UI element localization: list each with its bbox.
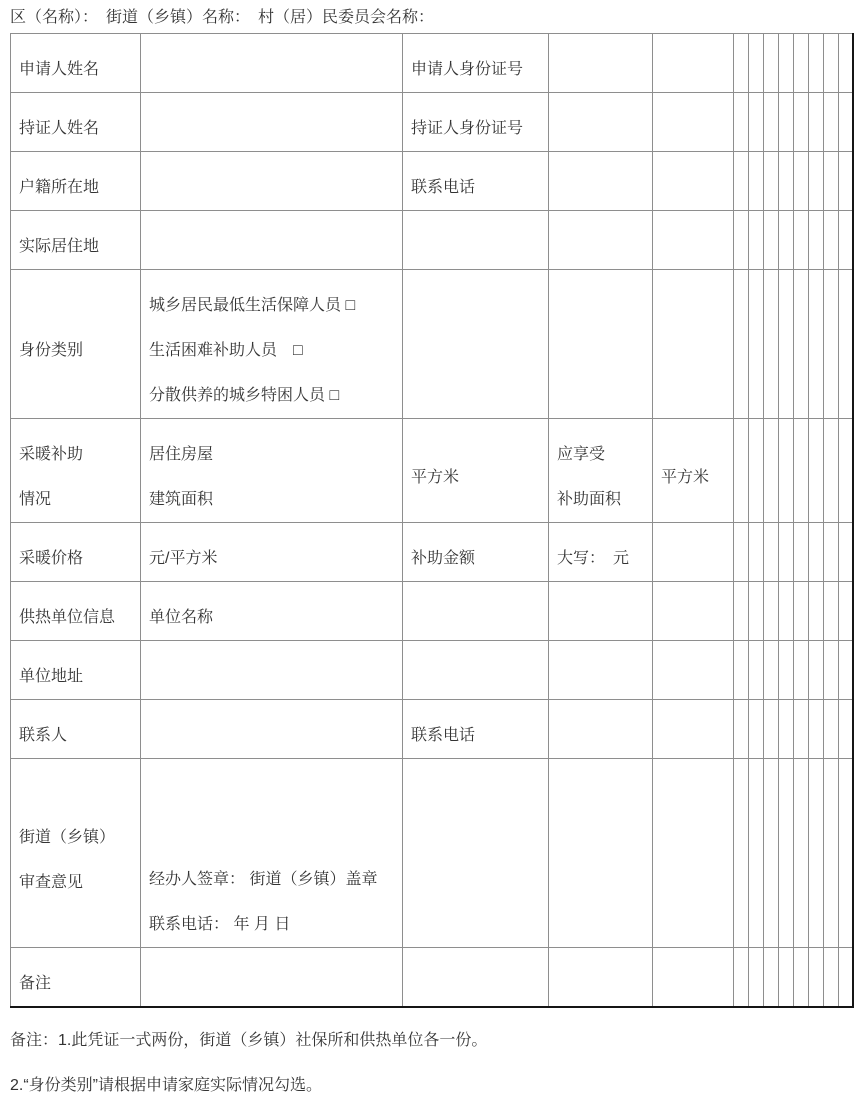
grid-cell	[824, 523, 839, 582]
cell-text: 补助面积	[557, 477, 648, 522]
grid-cell	[749, 152, 764, 211]
grid-cell	[779, 152, 794, 211]
heating-subsidy-label-cell: 采暖补助 情况	[11, 419, 141, 523]
grid-cell	[779, 419, 794, 523]
review-signature-cell: 经办人签章： 街道（乡镇）盖章 联系电话： 年 月 日	[141, 759, 403, 948]
household-phone-field-cell	[549, 152, 653, 211]
grid-cell	[764, 641, 779, 700]
grid-cell	[764, 948, 779, 1008]
empty-cell	[653, 270, 734, 419]
grid-cell	[794, 93, 809, 152]
empty-cell	[653, 211, 734, 270]
cell-text: 供热单位信息	[19, 595, 136, 640]
subsidy-amount-label-cell: 补助金额	[403, 523, 549, 582]
empty-cell	[653, 759, 734, 948]
grid-cell	[734, 948, 749, 1008]
grid-cell	[764, 582, 779, 641]
grid-cell	[794, 641, 809, 700]
entitled-area-label-cell: 应享受 补助面积	[549, 419, 653, 523]
review-opinion-label-cell: 街道（乡镇） 审查意见	[11, 759, 141, 948]
row-heating-unit-info: 供热单位信息 单位名称	[11, 582, 853, 641]
grid-cell	[839, 700, 853, 759]
grid-cell	[824, 759, 839, 948]
row-heating-price: 采暖价格 元/平方米 补助金额 大写： 元	[11, 523, 853, 582]
grid-cell	[839, 523, 853, 582]
grid-cell	[794, 34, 809, 93]
unit-address-label-cell: 单位地址	[11, 641, 141, 700]
row-contact-person: 联系人 联系电话	[11, 700, 853, 759]
empty-cell	[653, 523, 734, 582]
cell-text: 采暖价格	[19, 536, 136, 581]
grid-cell	[764, 34, 779, 93]
cell-text: 居住房屋	[149, 432, 398, 477]
contact-person-field-cell	[141, 700, 403, 759]
empty-cell	[403, 211, 549, 270]
grid-cell	[734, 759, 749, 948]
building-area-label-cell: 居住房屋 建筑面积	[141, 419, 403, 523]
grid-cell	[779, 34, 794, 93]
empty-cell	[653, 93, 734, 152]
contact-phone-field-cell	[549, 700, 653, 759]
amount-in-words-cell: 大写： 元	[549, 523, 653, 582]
cell-text: 审查意见	[19, 860, 136, 905]
grid-cell	[809, 93, 824, 152]
identity-option-hardship: 生活困难补助人员 □	[149, 328, 398, 373]
row-unit-address: 单位地址	[11, 641, 853, 700]
grid-cell	[734, 152, 749, 211]
grid-cell	[839, 759, 853, 948]
grid-cell	[764, 523, 779, 582]
grid-cell	[809, 700, 824, 759]
empty-cell	[653, 34, 734, 93]
grid-cell	[749, 948, 764, 1008]
grid-cell	[809, 759, 824, 948]
form-page: 区（名称）： 街道（乡镇）名称： 村（居）民委员会名称： 申请人姓名 申请人身份…	[0, 9, 862, 1108]
residence-field-cell	[141, 211, 403, 270]
grid-cell	[764, 759, 779, 948]
empty-cell	[653, 582, 734, 641]
grid-cell	[734, 93, 749, 152]
footnotes: 备注：1.此凭证一式两份，街道（乡镇）社保所和供热单位各一份。 2.“身份类别”…	[10, 1018, 852, 1108]
grid-cell	[824, 582, 839, 641]
grid-cell	[824, 152, 839, 211]
cell-text: 单位地址	[19, 654, 136, 699]
grid-cell	[749, 582, 764, 641]
cell-text: 持证人身份证号	[411, 106, 544, 151]
grid-cell	[734, 419, 749, 523]
empty-cell	[549, 641, 653, 700]
grid-cell	[764, 270, 779, 419]
grid-cell	[779, 641, 794, 700]
identity-options-cell: 城乡居民最低生活保障人员 □ 生活困难补助人员 □ 分散供养的城乡特困人员 □	[141, 270, 403, 419]
grid-cell	[824, 211, 839, 270]
row-household: 户籍所在地 联系电话	[11, 152, 853, 211]
empty-cell	[549, 270, 653, 419]
cell-text: 采暖补助	[19, 432, 136, 477]
grid-cell	[764, 419, 779, 523]
grid-cell	[809, 152, 824, 211]
empty-cell	[653, 641, 734, 700]
grid-cell	[824, 700, 839, 759]
contact-phone-label-cell: 联系电话	[403, 700, 549, 759]
grid-cell	[824, 270, 839, 419]
grid-cell	[749, 759, 764, 948]
cell-text: 申请人身份证号	[411, 47, 544, 92]
cell-text: 平方米	[411, 455, 544, 500]
grid-cell	[749, 93, 764, 152]
grid-cell	[794, 419, 809, 523]
grid-cell	[839, 152, 853, 211]
grid-cell	[794, 700, 809, 759]
grid-cell	[734, 700, 749, 759]
grid-cell	[734, 270, 749, 419]
grid-cell	[764, 211, 779, 270]
household-field-cell	[141, 152, 403, 211]
grid-cell	[839, 270, 853, 419]
grid-cell	[764, 93, 779, 152]
residence-label-cell: 实际居住地	[11, 211, 141, 270]
holder-name-label-cell: 持证人姓名	[11, 93, 141, 152]
unit-name-label-cell: 单位名称	[141, 582, 403, 641]
cell-text: 实际居住地	[19, 224, 136, 269]
sqm-unit-label-cell-2: 平方米	[653, 419, 734, 523]
grid-cell	[749, 523, 764, 582]
grid-cell	[794, 582, 809, 641]
grid-cell	[734, 211, 749, 270]
empty-cell	[549, 582, 653, 641]
cell-text: 建筑面积	[149, 477, 398, 522]
grid-cell	[794, 152, 809, 211]
grid-cell	[809, 270, 824, 419]
grid-cell	[809, 419, 824, 523]
empty-cell	[403, 582, 549, 641]
row-remarks: 备注	[11, 948, 853, 1008]
empty-cell	[549, 211, 653, 270]
footnote-1: 备注：1.此凭证一式两份，街道（乡镇）社保所和供热单位各一份。	[10, 1018, 852, 1063]
empty-cell	[403, 270, 549, 419]
grid-cell	[794, 948, 809, 1008]
grid-cell	[794, 759, 809, 948]
grid-cell	[749, 211, 764, 270]
remarks-field-cell	[141, 948, 403, 1008]
applicant-name-field-cell	[141, 34, 403, 93]
row-heating-subsidy: 采暖补助 情况 居住房屋 建筑面积 平方米 应享受 补助面积 平方米	[11, 419, 853, 523]
grid-cell	[779, 700, 794, 759]
grid-cell	[824, 419, 839, 523]
grid-cell	[794, 523, 809, 582]
grid-cell	[749, 700, 764, 759]
cell-text: 身份类别	[19, 328, 136, 373]
cell-text: 联系电话	[411, 713, 544, 758]
grid-cell	[749, 419, 764, 523]
row-residence: 实际居住地	[11, 211, 853, 270]
subsidy-form-table: 申请人姓名 申请人身份证号 持证人姓名 持证人身份证号 户籍所在地 联系电话 实…	[10, 33, 854, 1008]
unit-address-field-cell	[141, 641, 403, 700]
cell-text: 街道（乡镇）	[19, 815, 136, 860]
grid-cell	[809, 641, 824, 700]
empty-cell	[403, 759, 549, 948]
grid-cell	[839, 93, 853, 152]
empty-cell	[403, 641, 549, 700]
row-review-opinion: 街道（乡镇） 审查意见 经办人签章： 街道（乡镇）盖章 联系电话： 年 月 日	[11, 759, 853, 948]
empty-cell	[653, 700, 734, 759]
cell-text: 应享受	[557, 432, 648, 477]
grid-cell	[749, 270, 764, 419]
grid-cell	[749, 34, 764, 93]
grid-cell	[734, 641, 749, 700]
row-applicant: 申请人姓名 申请人身份证号	[11, 34, 853, 93]
grid-cell	[839, 582, 853, 641]
grid-cell	[764, 700, 779, 759]
heating-price-label-cell: 采暖价格	[11, 523, 141, 582]
grid-cell	[779, 582, 794, 641]
identity-option-lowest-living: 城乡居民最低生活保障人员 □	[149, 283, 398, 328]
footnote-2: 2.“身份类别”请根据申请家庭实际情况勾选。	[10, 1063, 852, 1108]
review-phone-date-text: 联系电话： 年 月 日	[149, 902, 398, 947]
grid-cell	[839, 34, 853, 93]
contact-person-label-cell: 联系人	[11, 700, 141, 759]
grid-cell	[809, 523, 824, 582]
cell-text: 联系电话	[411, 165, 544, 210]
household-phone-label-cell: 联系电话	[403, 152, 549, 211]
sqm-unit-label-cell: 平方米	[403, 419, 549, 523]
grid-cell	[779, 270, 794, 419]
grid-cell	[809, 948, 824, 1008]
grid-cell	[824, 93, 839, 152]
cell-text: 户籍所在地	[19, 165, 136, 210]
row-identity-category: 身份类别 城乡居民最低生活保障人员 □ 生活困难补助人员 □ 分散供养的城乡特困…	[11, 270, 853, 419]
cell-text: 备注	[19, 961, 136, 1006]
household-label-cell: 户籍所在地	[11, 152, 141, 211]
holder-id-label-cell: 持证人身份证号	[403, 93, 549, 152]
grid-cell	[809, 582, 824, 641]
grid-cell	[809, 211, 824, 270]
grid-cell	[839, 419, 853, 523]
grid-cell	[764, 152, 779, 211]
grid-cell	[734, 34, 749, 93]
remarks-label-cell: 备注	[11, 948, 141, 1008]
grid-cell	[779, 948, 794, 1008]
grid-cell	[824, 34, 839, 93]
region-header-line: 区（名称）： 街道（乡镇）名称： 村（居）民委员会名称：	[10, 9, 852, 26]
grid-cell	[824, 948, 839, 1008]
grid-cell	[749, 641, 764, 700]
cell-text: 元/平方米	[149, 536, 398, 581]
grid-cell	[794, 211, 809, 270]
holder-id-field-cell	[549, 93, 653, 152]
empty-cell	[549, 948, 653, 1008]
handler-signature-text: 经办人签章： 街道（乡镇）盖章	[149, 857, 398, 902]
empty-cell	[549, 759, 653, 948]
price-unit-label-cell: 元/平方米	[141, 523, 403, 582]
heating-unit-info-label-cell: 供热单位信息	[11, 582, 141, 641]
cell-text: 大写： 元	[557, 536, 648, 581]
grid-cell	[839, 211, 853, 270]
cell-text: 联系人	[19, 713, 136, 758]
applicant-name-label-cell: 申请人姓名	[11, 34, 141, 93]
grid-cell	[779, 523, 794, 582]
holder-name-field-cell	[141, 93, 403, 152]
empty-cell	[403, 948, 549, 1008]
empty-cell	[653, 152, 734, 211]
identity-category-label-cell: 身份类别	[11, 270, 141, 419]
grid-cell	[734, 523, 749, 582]
grid-cell	[779, 93, 794, 152]
cell-text: 申请人姓名	[19, 47, 136, 92]
cell-text: 平方米	[661, 455, 729, 500]
cell-text: 单位名称	[149, 595, 398, 640]
cell-text: 补助金额	[411, 536, 544, 581]
grid-cell	[794, 270, 809, 419]
grid-cell	[824, 641, 839, 700]
grid-cell	[779, 759, 794, 948]
grid-cell	[734, 582, 749, 641]
grid-cell	[779, 211, 794, 270]
cell-text: 持证人姓名	[19, 106, 136, 151]
identity-option-extreme-poverty: 分散供养的城乡特困人员 □	[149, 373, 398, 418]
grid-cell	[839, 948, 853, 1008]
empty-cell	[653, 948, 734, 1008]
row-holder: 持证人姓名 持证人身份证号	[11, 93, 853, 152]
cell-text: 情况	[19, 477, 136, 522]
applicant-id-label-cell: 申请人身份证号	[403, 34, 549, 93]
grid-cell	[809, 34, 824, 93]
applicant-id-field-cell	[549, 34, 653, 93]
grid-cell	[839, 641, 853, 700]
